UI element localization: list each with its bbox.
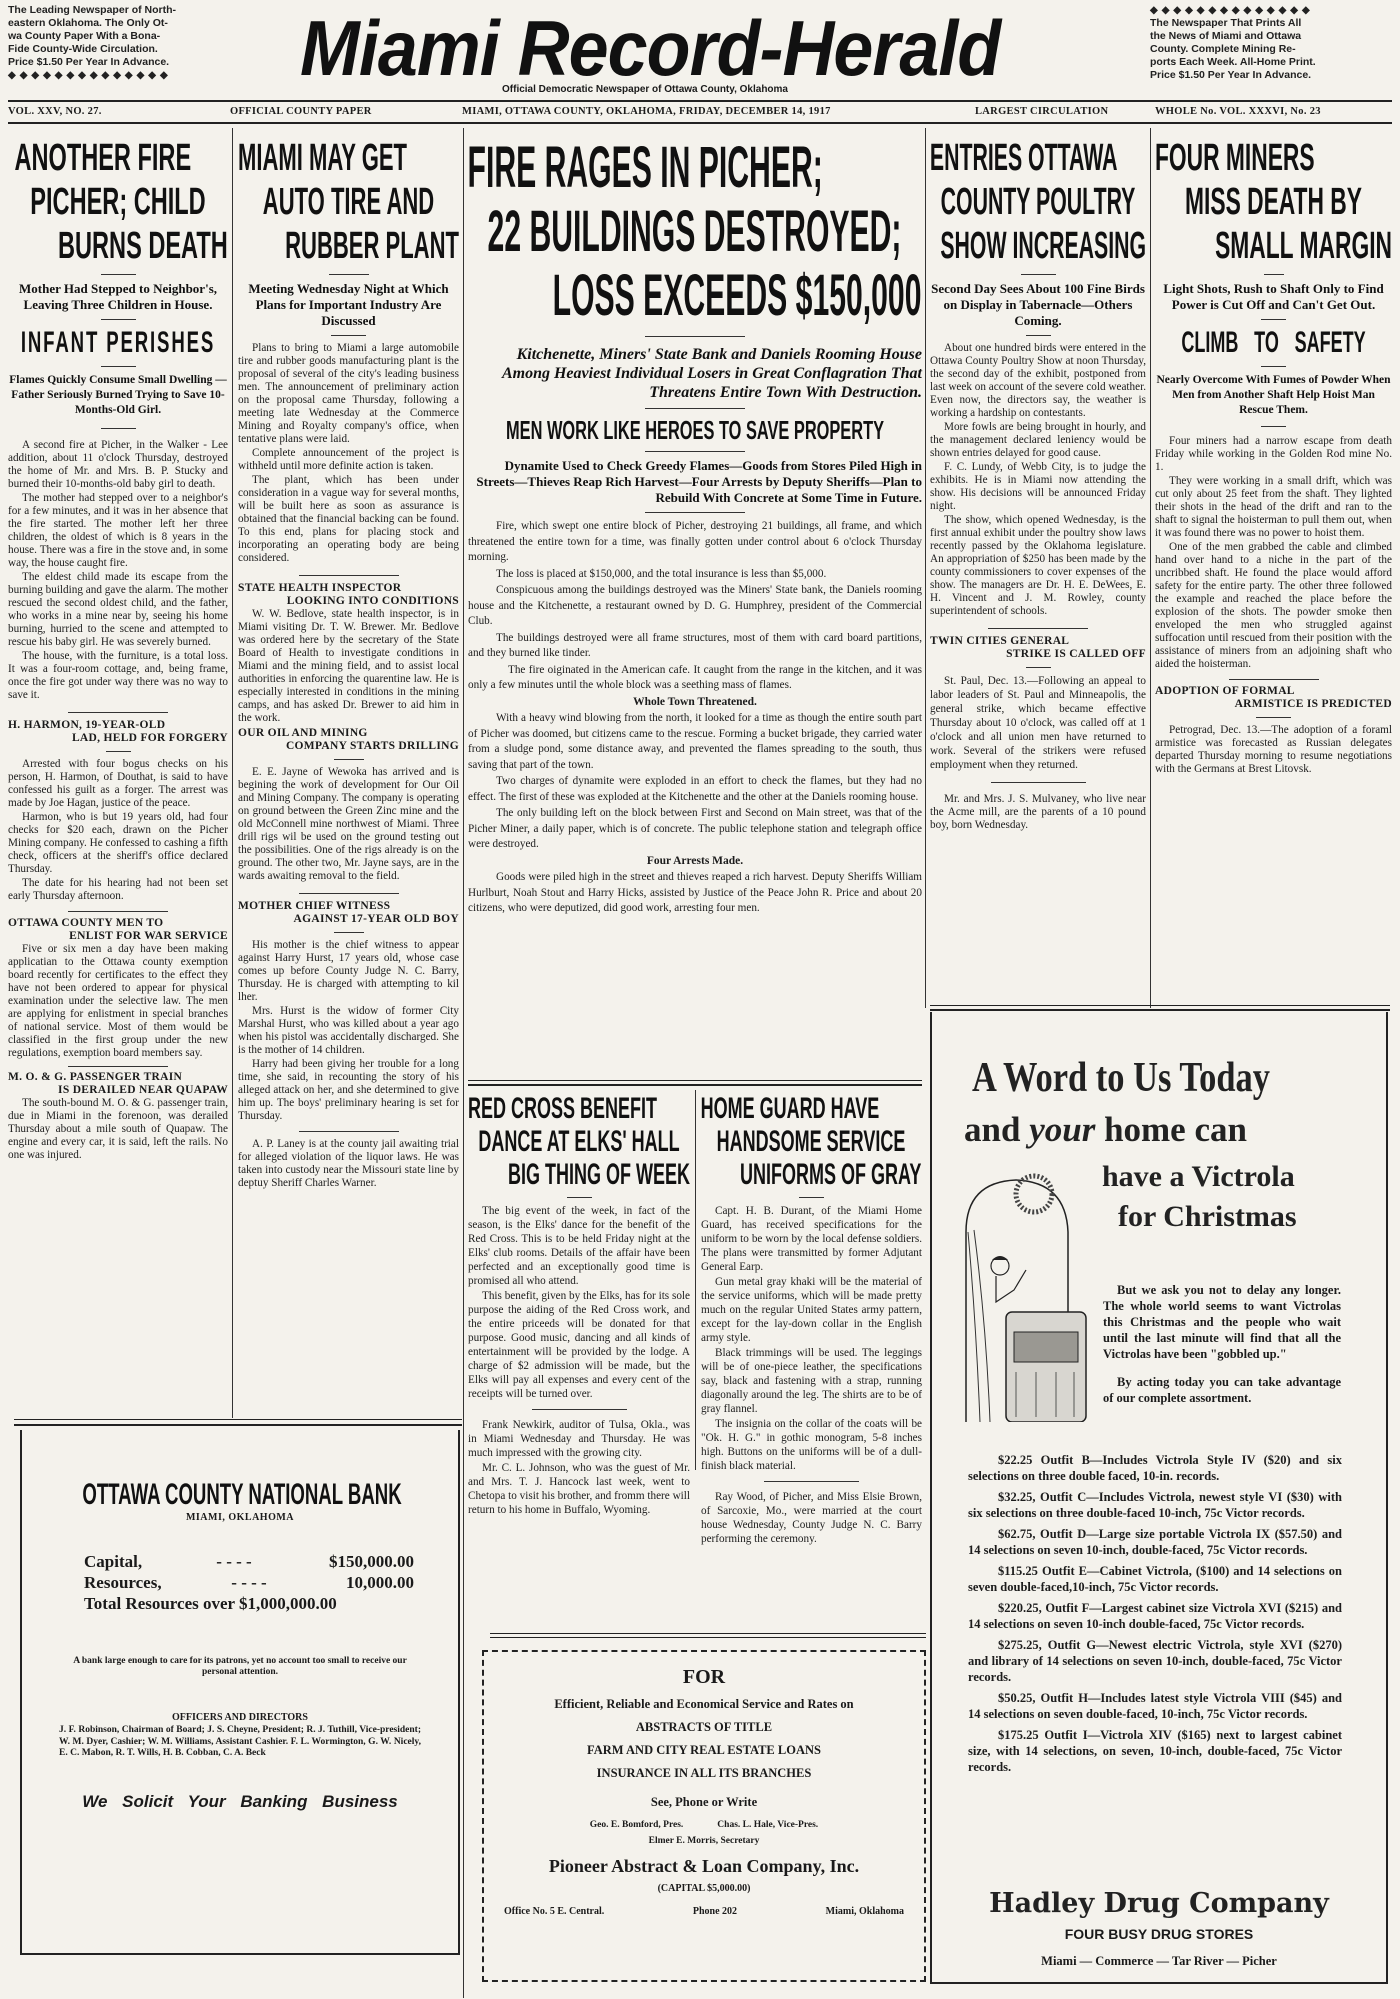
paragraph: More fowls are being brought in hourly, … xyxy=(930,421,1146,460)
store-locations: Miami — Commerce — Tar River — Picher xyxy=(932,1954,1386,1969)
column-divider xyxy=(463,128,464,1998)
subhead-line: TWIN CITIES GENERAL xyxy=(930,635,1069,647)
divider xyxy=(532,1409,627,1410)
ad-service: INSURANCE IN ALL ITS BRANCHES xyxy=(484,1766,924,1781)
article-body: Four miners had a narrow escape from dea… xyxy=(1155,435,1392,671)
right-ear-line: Price $1.50 Per Year In Advance. xyxy=(1150,69,1350,82)
paragraph: His mother is the chief witness to appea… xyxy=(238,939,459,1004)
headline-line: RUBBER PLANT xyxy=(238,224,459,268)
paragraph: W. W. Bedlove, state health inspector, i… xyxy=(238,608,459,725)
article-body: W. W. Bedlove, state health inspector, i… xyxy=(238,608,459,725)
subhead-line: IS DERAILED NEAR QUAPAW xyxy=(8,1084,228,1097)
president: Geo. E. Bomford, Pres. xyxy=(590,1820,684,1830)
paragraph: The plant, which has been under consider… xyxy=(238,474,459,565)
story-red-cross: RED CROSS BENEFIT DANCE AT ELKS' HALL BI… xyxy=(468,1092,690,1518)
subhead-line: STATE HEALTH INSPECTOR xyxy=(238,582,401,594)
divider xyxy=(645,451,745,452)
paragraph: Petrograd, Dec. 13.—The adoption of a fo… xyxy=(1155,724,1392,776)
subhead: ADOPTION OF FORMALARMISTICE IS PREDICTED xyxy=(1155,685,1392,711)
deck: Kitchenette, Miners' State Bank and Dani… xyxy=(468,345,922,402)
paragraph: They were working in a small drift, whic… xyxy=(1155,475,1392,540)
bank-figures: Capital,- - - -$150,000.00 Resources,- -… xyxy=(84,1551,414,1614)
double-rule xyxy=(490,1633,926,1634)
divider xyxy=(1261,319,1286,320)
divider xyxy=(988,628,1088,629)
article-body: The big event of the week, in fact of th… xyxy=(468,1204,690,1401)
paragraph: Complete announcement of the project is … xyxy=(238,447,459,473)
masthead-rule-bottom xyxy=(8,122,1392,124)
paragraph: The date for his hearing had not been se… xyxy=(8,877,228,903)
ad-headline-1: A Word to Us Today xyxy=(972,1054,1270,1102)
ad-officers: Geo. E. Bomford, Pres. Chas. L. Hale, Vi… xyxy=(484,1820,924,1830)
subhead: OTTAWA COUNTY MEN TOENLIST FOR WAR SERVI… xyxy=(8,917,228,943)
paragraph: Harmon, who is but 19 years old, had fou… xyxy=(8,811,228,876)
headline-line: BIG THING OF WEEK xyxy=(468,1158,690,1191)
paragraph: Arrested with four bogus checks on his p… xyxy=(8,758,228,810)
paragraph: The eldest child made its escape from th… xyxy=(8,571,228,649)
divider xyxy=(101,428,136,429)
paragraph: Five or six men a day have been making a… xyxy=(8,943,228,1060)
paragraph: Harry had been giving her trouble for a … xyxy=(238,1058,459,1123)
paragraph: Goods were piled high in the street and … xyxy=(468,870,922,917)
article-body: A. P. Laney is at the county jail awaiti… xyxy=(238,1138,459,1190)
left-ear-line: wa County Paper With a Bona- xyxy=(8,30,188,43)
paragraph: Mr. and Mrs. J. S. Mulvaney, who live ne… xyxy=(930,793,1146,832)
paragraph: Four miners had a narrow escape from dea… xyxy=(1155,435,1392,474)
headline-line: ANOTHER FIRE xyxy=(8,136,227,180)
company-name: Pioneer Abstract & Loan Company, Inc. xyxy=(484,1856,924,1877)
paragraph: The big event of the week, in fact of th… xyxy=(468,1204,690,1288)
company-capital: (CAPITAL $5,000.00) xyxy=(484,1883,924,1894)
article-body: The south-bound M. O. & G. passenger tra… xyxy=(8,1097,228,1162)
double-rule xyxy=(468,1080,922,1081)
article-body: Arrested with four bogus checks on his p… xyxy=(8,758,228,903)
resources-row: Resources,- - - -10,000.00 xyxy=(84,1572,414,1593)
office-address: Office No. 5 E. Central. xyxy=(504,1906,604,1917)
subhead-line: LOOKING INTO CONDITIONS xyxy=(238,595,459,608)
paragraph: Gun metal gray khaki will be the materia… xyxy=(701,1275,922,1345)
subhead-line: AGAINST 17-YEAR OLD BOY xyxy=(238,913,459,926)
paragraph: Black trimmings will be used. The leggin… xyxy=(701,1346,922,1416)
whole-number: WHOLE No. VOL. XXXVI, No. 23 xyxy=(1155,106,1321,117)
headline-line: 22 BUILDINGS DESTROYED; xyxy=(468,200,922,264)
article-body: St. Paul, Dec. 13.—Following an appeal t… xyxy=(930,674,1146,772)
paragraph: Fire, which swept one entire block of Pi… xyxy=(468,519,922,566)
paragraph: About one hundred birds were entered in … xyxy=(930,342,1146,420)
paragraph: E. E. Jayne of Wewoka has arrived and is… xyxy=(238,766,459,883)
story-another-fire: ANOTHER FIRE PICHER; CHILD BURNS DEATH M… xyxy=(8,136,228,1163)
divider xyxy=(567,1197,592,1198)
paragraph: One of the men grabbed the cable and cli… xyxy=(1155,541,1392,671)
headline-line: LOSS EXCEEDS $150,000 xyxy=(468,264,922,328)
divider xyxy=(799,1197,824,1198)
article-body: Plans to bring to Miami a large automobi… xyxy=(238,342,459,565)
volume-number: VOL. XXV, NO. 27. xyxy=(8,106,102,117)
leader-dashes: - - - - xyxy=(179,1551,289,1572)
headline-line: HANDSOME SERVICE xyxy=(701,1125,922,1158)
headline-line: BURNS DEATH xyxy=(8,224,227,268)
divider xyxy=(329,274,369,275)
paragraph: A second fire at Picher, in the Walker -… xyxy=(8,439,228,491)
ad-service: FARM AND CITY REAL ESTATE LOANS xyxy=(484,1743,924,1758)
story-poultry-show: ENTRIES OTTAWA COUNTY POULTRY SHOW INCRE… xyxy=(930,136,1146,833)
capital-label: Capital, xyxy=(84,1551,179,1572)
paragraph: By acting today you can take advantage o… xyxy=(1103,1374,1341,1406)
double-rule xyxy=(468,1084,922,1086)
paragraph: Mr. C. L. Johnson, who was the guest of … xyxy=(468,1461,690,1517)
paragraph: But we ask you not to delay any longer. … xyxy=(1103,1282,1341,1362)
outfit-item: $220.25, Outfit F—Largest cabinet size V… xyxy=(968,1600,1342,1632)
ad-headline-2: and your home can xyxy=(964,1110,1247,1150)
outfit-item: $115.25 Outfit E—Cabinet Victrola, ($100… xyxy=(968,1563,1342,1595)
paragraph: With a heavy wind blowing from the north… xyxy=(468,711,922,773)
subhead: H. HARMON, 19-YEAR-OLDLAD, HELD FOR FORG… xyxy=(8,719,228,745)
subhead-line: MOTHER CHIEF WITNESS xyxy=(238,900,390,912)
city: Miami, Oklahoma xyxy=(826,1906,904,1917)
ad-contact: See, Phone or Write xyxy=(484,1795,924,1810)
paragraph: St. Paul, Dec. 13.—Following an appeal t… xyxy=(930,674,1146,772)
outfit-item: $32.25, Outfit C—Includes Victrola, newe… xyxy=(968,1489,1342,1521)
left-ear-line: eastern Oklahoma. The Only Ot- xyxy=(8,17,188,30)
subhead-line: OUR OIL AND MINING xyxy=(238,727,368,739)
outfit-item: $62.75, Outfit D—Large size portable Vic… xyxy=(968,1526,1342,1558)
paragraph: The south-bound M. O. & G. passenger tra… xyxy=(8,1097,228,1162)
column-divider xyxy=(695,1090,696,1470)
outfit-item: $50.25, Outfit H—Includes latest style V… xyxy=(968,1690,1342,1722)
subhead: TWIN CITIES GENERALSTRIKE IS CALLED OFF xyxy=(930,635,1146,661)
ad-text: and xyxy=(964,1110,1029,1149)
divider xyxy=(101,274,136,275)
subhead-line: ARMISTICE IS PREDICTED xyxy=(1155,698,1392,711)
bank-motto: A bank large enough to care for its patr… xyxy=(60,1656,420,1678)
divider xyxy=(1261,426,1286,427)
paragraph: Conspicuous among the buildings destroye… xyxy=(468,583,922,630)
left-ear-line: Fide County-Wide Circulation. xyxy=(8,43,188,56)
capital-row: Capital,- - - -$150,000.00 xyxy=(84,1551,414,1572)
divider xyxy=(101,319,136,320)
paragraph: The fire oiginated in the American cafe.… xyxy=(468,663,922,694)
divider xyxy=(645,336,745,337)
official-paper: OFFICIAL COUNTY PAPER xyxy=(230,106,372,117)
column-divider xyxy=(1150,128,1151,1008)
paragraph: Capt. H. B. Durant, of the Miami Home Gu… xyxy=(701,1204,922,1274)
divider xyxy=(101,366,136,367)
paragraph: The buildings destroyed were all frame s… xyxy=(468,631,922,662)
ad-for: FOR xyxy=(484,1666,924,1689)
paragraph: The insignia on the collar of the coats … xyxy=(701,1417,922,1473)
capital-value: $150,000.00 xyxy=(289,1551,414,1572)
article-body: Mr. and Mrs. J. S. Mulvaney, who live ne… xyxy=(930,793,1146,832)
headline: ENTRIES OTTAWA COUNTY POULTRY SHOW INCRE… xyxy=(930,136,1146,268)
divider xyxy=(334,759,364,760)
divider xyxy=(645,408,745,409)
paragraph: Two charges of dynamite were exploded in… xyxy=(468,774,922,805)
ad-intro: Efficient, Reliable and Economical Servi… xyxy=(484,1697,924,1712)
article-body: Fire, which swept one entire block of Pi… xyxy=(468,519,922,917)
paragraph: Frank Newkirk, auditor of Tulsa, Okla., … xyxy=(468,1418,690,1460)
masthead-rule-top xyxy=(8,100,1392,102)
divider xyxy=(991,782,1086,783)
total-resources: Total Resources over $1,000,000.00 xyxy=(84,1593,414,1614)
divider xyxy=(1264,274,1284,275)
outfit-item: $275.25, Outfit G—Newest electric Victro… xyxy=(968,1637,1342,1685)
divider xyxy=(764,1481,859,1482)
officers-list: J. F. Robinson, Chairman of Board; J. S.… xyxy=(59,1725,421,1760)
headline-line: PICHER; CHILD xyxy=(8,180,227,224)
bar-headline: MEN WORK LIKE HEROES TO SAVE PROPERTY xyxy=(468,415,922,445)
paragraph: Ray Wood, of Picher, and Miss Elsie Brow… xyxy=(701,1490,922,1546)
headline-line: FOUR MINERS xyxy=(1155,136,1392,180)
right-ear-line: The Newspaper That Prints All xyxy=(1150,17,1350,30)
ad-intro: But we ask you not to delay any longer. … xyxy=(1103,1282,1341,1407)
paragraph: Plans to bring to Miami a large automobi… xyxy=(238,342,459,446)
dateline: MIAMI, OTTAWA COUNTY, OKLAHOMA, FRIDAY, … xyxy=(462,106,831,117)
outfit-list: $22.25 Outfit B—Includes Victrola Style … xyxy=(968,1452,1342,1780)
right-ear-line: the News of Miami and Ottawa xyxy=(1150,30,1350,43)
story-home-guard: HOME GUARD HAVE HANDSOME SERVICE UNIFORM… xyxy=(701,1092,922,1547)
paragraph: The show, which opened Wednesday, is the… xyxy=(930,514,1146,618)
deck: Mother Had Stepped to Neighbor's, Leavin… xyxy=(8,281,228,313)
paragraph: This benefit, given by the Elks, has for… xyxy=(468,1289,690,1401)
divider xyxy=(68,911,168,912)
right-ear-line: County. Complete Mining Re- xyxy=(1150,43,1350,56)
section-subhead: Whole Town Threatened. xyxy=(468,695,922,711)
lead-headline: FIRE RAGES IN PICHER; 22 BUILDINGS DESTR… xyxy=(468,136,922,328)
headline-line: RED CROSS BENEFIT xyxy=(468,1092,690,1125)
newspaper-title: Miami Record-Herald xyxy=(300,8,1000,88)
subhead-line: STRIKE IS CALLED OFF xyxy=(930,648,1146,661)
double-rule xyxy=(14,1424,462,1426)
article-body: Frank Newkirk, auditor of Tulsa, Okla., … xyxy=(468,1418,690,1517)
headline: RED CROSS BENEFIT DANCE AT ELKS' HALL BI… xyxy=(468,1092,690,1191)
headline-line: SHOW INCREASING xyxy=(930,224,1146,268)
leader-dashes: - - - - xyxy=(199,1572,299,1593)
bank-name: OTTAWA COUNTY NATIONAL BANK xyxy=(68,1478,415,1512)
ad-text: home can xyxy=(1095,1110,1247,1149)
headline: HOME GUARD HAVE HANDSOME SERVICE UNIFORM… xyxy=(701,1092,922,1191)
deck: Dynamite Used to Check Greedy Flames—Goo… xyxy=(468,458,922,506)
headline: MIAMI MAY GET AUTO TIRE AND RUBBER PLANT xyxy=(238,136,459,268)
newspaper-tagline: Official Democratic Newspaper of Ottawa … xyxy=(502,84,788,95)
article-body: Ray Wood, of Picher, and Miss Elsie Brow… xyxy=(701,1490,922,1546)
victrola-advertisement: A Word to Us Today and your home can hav… xyxy=(930,1012,1388,1984)
ad-service: ABSTRACTS OF TITLE xyxy=(484,1720,924,1735)
article-body: About one hundred birds were entered in … xyxy=(930,342,1146,618)
column-divider xyxy=(925,128,926,1008)
paragraph: F. C. Lundy, of Webb City, is to judge t… xyxy=(930,461,1146,513)
paragraph: The mother had stepped over to a neighbo… xyxy=(8,492,228,570)
paragraph: Mrs. Hurst is the widow of former City M… xyxy=(238,1005,459,1057)
article-body: His mother is the chief witness to appea… xyxy=(238,939,459,1123)
divider xyxy=(68,712,168,713)
headline-line: MISS DEATH BY xyxy=(1155,180,1392,224)
paragraph: A. P. Laney is at the county jail awaiti… xyxy=(238,1138,459,1190)
divider xyxy=(645,512,745,513)
divider xyxy=(299,575,399,576)
article-body: A second fire at Picher, in the Walker -… xyxy=(8,439,228,702)
store-name: Hadley Drug Company xyxy=(932,1888,1386,1919)
paragraph: The loss is placed at $150,000, and the … xyxy=(468,567,922,583)
deck: Meeting Wednesday Night at Which Plans f… xyxy=(238,281,459,329)
headline-line: SMALL MARGIN xyxy=(1155,224,1392,268)
store-tagline: FOUR BUSY DRUG STORES xyxy=(932,1926,1386,1942)
outfit-item: $175.25 Outfit I—Victrola XIV ($165) nex… xyxy=(968,1727,1342,1775)
deck: Nearly Overcome With Fumes of Powder Whe… xyxy=(1155,373,1392,418)
bank-location: MIAMI, OKLAHOMA xyxy=(22,1512,458,1523)
headline: ANOTHER FIRE PICHER; CHILD BURNS DEATH xyxy=(8,136,227,268)
diamond-border-icon: ◆◆◆◆◆◆◆◆◆◆◆◆◆◆ xyxy=(1150,4,1350,17)
subhead-line: ADOPTION OF FORMAL xyxy=(1155,685,1295,697)
secretary: Elmer E. Morris, Secretary xyxy=(484,1836,924,1846)
ad-headline-4: for Christmas xyxy=(1118,1200,1297,1234)
headline-line: UNIFORMS OF GRAY xyxy=(701,1158,922,1191)
double-rule xyxy=(490,1637,926,1638)
subhead: STATE HEALTH INSPECTORLOOKING INTO CONDI… xyxy=(238,582,459,608)
divider xyxy=(106,751,131,752)
divider xyxy=(1026,335,1051,336)
subhead-line: LAD, HELD FOR FORGERY xyxy=(8,732,228,745)
headline: CLIMB TO SAFETY xyxy=(1155,326,1392,360)
story-four-miners: FOUR MINERS MISS DEATH BY SMALL MARGIN L… xyxy=(1155,136,1392,777)
officers-title: OFFICERS AND DIRECTORS xyxy=(22,1712,458,1723)
phone-number: Phone 202 xyxy=(693,1906,737,1917)
headline: FOUR MINERS MISS DEATH BY SMALL MARGIN xyxy=(1155,136,1392,268)
left-ear-line: Price $1.50 Per Year In Advance. xyxy=(8,56,188,69)
headline-line: AUTO TIRE AND xyxy=(238,180,459,224)
headline-line: ENTRIES OTTAWA xyxy=(930,136,1146,180)
victrola-illustration-icon xyxy=(956,1172,1096,1422)
resources-value: 10,000.00 xyxy=(299,1572,414,1593)
divider xyxy=(331,335,366,336)
left-ear: The Leading Newspaper of North- eastern … xyxy=(8,4,188,82)
headline: INFANT PERISHES xyxy=(8,326,227,360)
diamond-border-icon: ◆◆◆◆◆◆◆◆◆◆◆◆◆◆ xyxy=(8,69,188,82)
headline-line: DANCE AT ELKS' HALL xyxy=(468,1125,690,1158)
deck: Flames Quickly Consume Small Dwelling — … xyxy=(8,373,228,418)
divider xyxy=(1261,366,1286,367)
bank-advertisement: OTTAWA COUNTY NATIONAL BANK MIAMI, OKLAH… xyxy=(20,1430,460,1955)
left-ear-line: The Leading Newspaper of North- xyxy=(8,4,188,17)
subhead: OUR OIL AND MININGCOMPANY STARTS DRILLIN… xyxy=(238,727,459,753)
lead-story-picher-fire: FIRE RAGES IN PICHER; 22 BUILDINGS DESTR… xyxy=(468,136,922,918)
subhead-line: M. O. & G. PASSENGER TRAIN xyxy=(8,1071,182,1083)
article-body: Capt. H. B. Durant, of the Miami Home Gu… xyxy=(701,1204,922,1473)
subhead-line: COMPANY STARTS DRILLING xyxy=(238,740,459,753)
article-body: Petrograd, Dec. 13.—The adoption of a fo… xyxy=(1155,724,1392,776)
outfit-item: $22.25 Outfit B—Includes Victrola Style … xyxy=(968,1452,1342,1484)
ad-headline-3: have a Victrola xyxy=(1102,1160,1295,1194)
divider xyxy=(1256,717,1291,718)
subhead-line: ENLIST FOR WAR SERVICE xyxy=(8,930,228,943)
story-rubber-plant: MIAMI MAY GET AUTO TIRE AND RUBBER PLANT… xyxy=(238,136,459,1191)
section-subhead: Four Arrests Made. xyxy=(468,854,922,870)
abstract-advertisement: FOR Efficient, Reliable and Economical S… xyxy=(482,1650,926,1982)
article-body: Five or six men a day have been making a… xyxy=(8,943,228,1060)
headline-line: HOME GUARD HAVE xyxy=(701,1092,922,1125)
divider xyxy=(1229,679,1319,680)
ad-text-italic: your xyxy=(1029,1110,1095,1149)
right-ear-line: ports Each Week. All-Home Print. xyxy=(1150,56,1350,69)
circulation: LARGEST CIRCULATION xyxy=(975,106,1108,117)
column-divider xyxy=(232,128,233,1418)
double-rule xyxy=(930,1009,1390,1011)
article-body: E. E. Jayne of Wewoka has arrived and is… xyxy=(238,766,459,883)
paragraph: The house, with the furniture, is a tota… xyxy=(8,650,228,702)
divider xyxy=(1026,667,1051,668)
subhead-line: OTTAWA COUNTY MEN TO xyxy=(8,917,163,929)
divider xyxy=(334,932,364,933)
subhead: MOTHER CHIEF WITNESSAGAINST 17-YEAR OLD … xyxy=(238,900,459,926)
divider xyxy=(299,893,399,894)
double-rule xyxy=(930,1005,1390,1006)
bank-slogan: We Solicit Your Banking Business xyxy=(22,1792,458,1812)
divider xyxy=(299,1131,399,1132)
vice-president: Chas. L. Hale, Vice-Pres. xyxy=(717,1820,818,1830)
deck: Second Day Sees About 100 Fine Birds on … xyxy=(930,281,1146,329)
divider xyxy=(68,1066,168,1067)
divider xyxy=(1021,274,1056,275)
headline-line: FIRE RAGES IN PICHER; xyxy=(468,136,922,200)
subhead-line: H. HARMON, 19-YEAR-OLD xyxy=(8,719,165,731)
right-ear: ◆◆◆◆◆◆◆◆◆◆◆◆◆◆ The Newspaper That Prints… xyxy=(1150,4,1350,82)
headline-line: MIAMI MAY GET xyxy=(238,136,459,180)
ad-footer: Office No. 5 E. Central. Phone 202 Miami… xyxy=(484,1906,924,1917)
double-rule xyxy=(14,1419,462,1420)
paragraph: The only building left on the block betw… xyxy=(468,806,922,853)
deck: Light Shots, Rush to Shaft Only to Find … xyxy=(1155,281,1392,313)
headline-line: COUNTY POULTRY xyxy=(930,180,1146,224)
resources-label: Resources, xyxy=(84,1572,199,1593)
subhead: M. O. & G. PASSENGER TRAINIS DERAILED NE… xyxy=(8,1071,228,1097)
